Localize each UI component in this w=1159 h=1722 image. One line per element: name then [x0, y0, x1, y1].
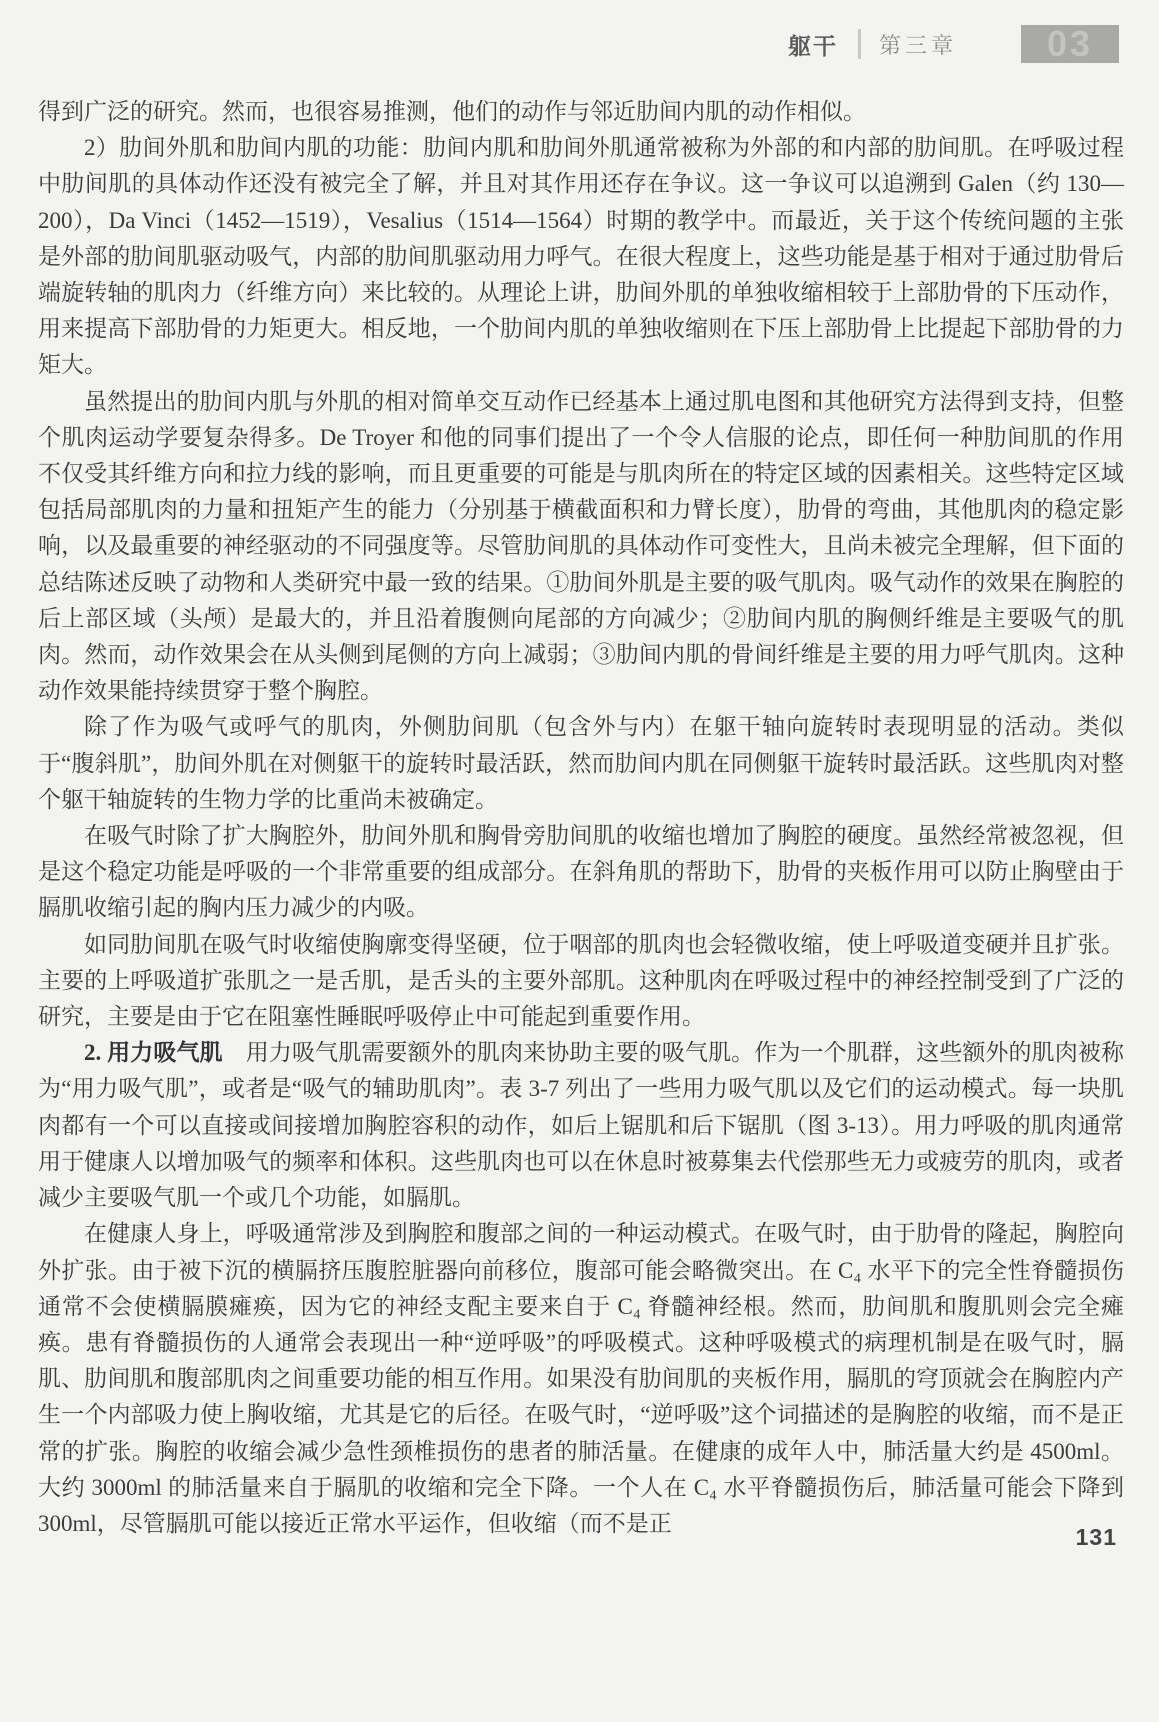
paragraph-6: 如同肋间肌在吸气时收缩使胸廓变得坚硬，位于咽部的肌肉也会轻微收缩，使上呼吸道变硬…	[38, 927, 1124, 1036]
paragraph-1: 得到广泛的研究。然而，也很容易推测，他们的动作与邻近肋间内肌的动作相似。	[38, 94, 1124, 130]
body-text: 得到广泛的研究。然而，也很容易推测，他们的动作与邻近肋间内肌的动作相似。2）肋间…	[38, 94, 1124, 1542]
page-header: 躯干 第三章 03	[788, 24, 1119, 64]
paragraph-3: 虽然提出的肋间内肌与外肌的相对简单交互动作已经基本上通过肌电图和其他研究方法得到…	[38, 384, 1124, 710]
paragraph-7: 2. 用力吸气肌 用力吸气肌需要额外的肌肉来协助主要的吸气肌。作为一个肌群，这些…	[38, 1035, 1124, 1216]
header-divider	[858, 29, 861, 59]
paragraph-4: 除了作为吸气或呼气的肌肉，外侧肋间肌（包含外与内）在躯干轴向旋转时表现明显的活动…	[38, 709, 1124, 818]
paragraph-8: 在健康人身上，呼吸通常涉及到胸腔和腹部之间的一种运动模式。在吸气时，由于肋骨的隆…	[38, 1216, 1124, 1542]
paragraph-2: 2）肋间外肌和肋间内肌的功能：肋间内肌和肋间外肌通常被称为外部的和内部的肋间肌。…	[38, 130, 1124, 383]
paragraph-5: 在吸气时除了扩大胸腔外，肋间外肌和胸骨旁肋间肌的收缩也增加了胸腔的硬度。虽然经常…	[38, 818, 1124, 927]
chapter-number-box: 03	[1021, 25, 1119, 63]
section-title: 躯干	[788, 28, 838, 61]
page-number: 131	[1076, 1524, 1117, 1551]
chapter-number: 03	[1047, 26, 1093, 62]
scanned-book-page: 躯干 第三章 03 得到广泛的研究。然而，也很容易推测，他们的动作与邻近肋间内肌…	[0, 0, 1159, 1722]
chapter-label: 第三章	[879, 29, 957, 60]
paragraph-lead: 2. 用力吸气肌	[84, 1040, 223, 1065]
